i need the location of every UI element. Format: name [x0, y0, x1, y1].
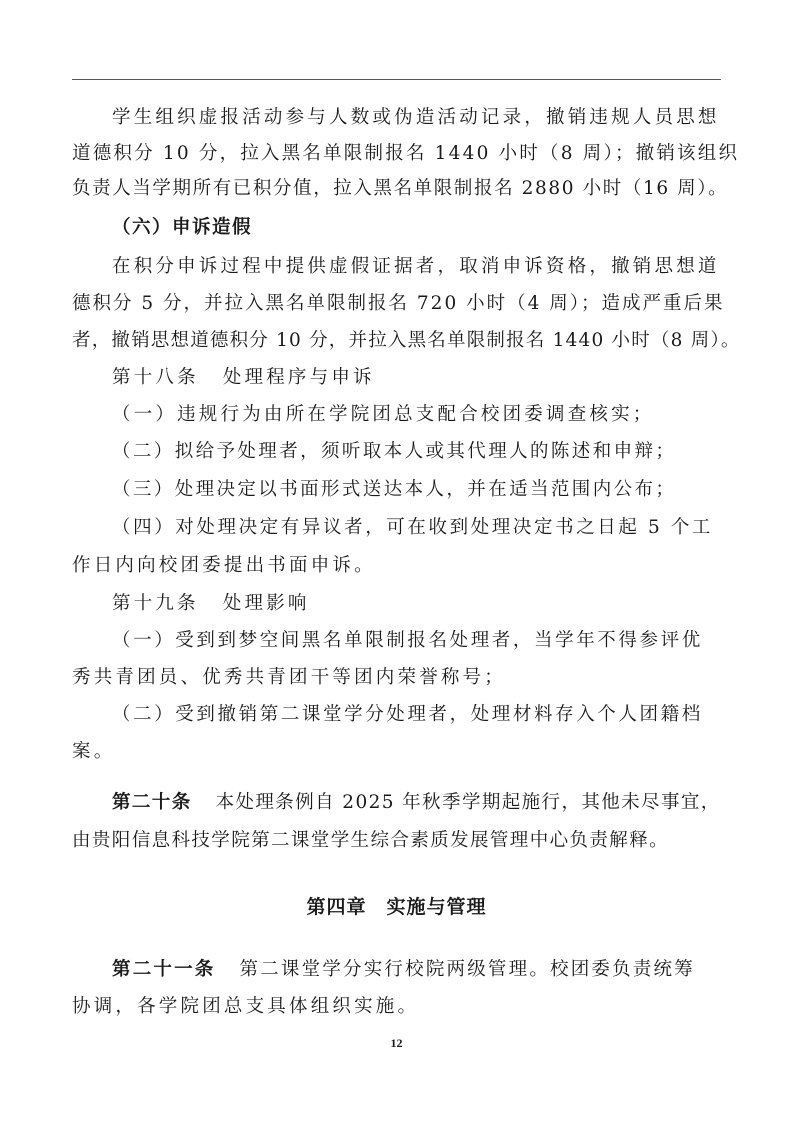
paragraph-line: 在积分申诉过程中提供虚假证据者，取消申诉资格，撤销思想道 [112, 255, 721, 279]
list-item: 案。 [72, 740, 721, 764]
article-title: 处理影响 [223, 593, 310, 614]
article-20-line: 第二十条本处理条例自 2025 年秋季学期起施行，其他未尽事宜， [112, 791, 721, 815]
page-number: 12 [0, 1036, 793, 1051]
article-label: 第二十一条 [112, 959, 216, 980]
article-text: 本处理条例自 2025 年秋季学期起施行，其他未尽事宜， [216, 792, 721, 813]
article-label: 第十八条 [112, 367, 199, 388]
list-item: 作日内向校团委提出书面申诉。 [72, 554, 721, 578]
article-title: 处理程序与申诉 [223, 367, 375, 388]
list-item: （一）受到到梦空间黑名单限制报名处理者，当学年不得参评优 [112, 629, 721, 653]
paragraph-line: 协调，各学院团总支具体组织实施。 [72, 995, 721, 1019]
paragraph-line: 负责人当学期所有已积分值，拉入黑名单限制报名 2880 小时（16 周）。 [72, 177, 721, 201]
list-item: （二）受到撤销第二课堂学分处理者，处理材料存入个人团籍档 [112, 703, 721, 727]
article-label: 第十九条 [112, 593, 199, 614]
paragraph-line: 学生组织虚报活动参与人数或伪造活动记录，撤销违规人员思想 [112, 106, 721, 130]
paragraph-line: 道德积分 10 分，拉入黑名单限制报名 1440 小时（8 周）；撤销该组织 [72, 142, 721, 166]
article-19-heading: 第十九条处理影响 [112, 592, 721, 616]
article-label: 第二十条 [112, 792, 192, 813]
article-18-heading: 第十八条处理程序与申诉 [112, 366, 721, 390]
header-rule [72, 79, 721, 80]
list-item: （四）对处理决定有异议者，可在收到处理决定书之日起 5 个工 [112, 516, 721, 540]
section-heading-six: （六）申诉造假 [112, 216, 721, 240]
paragraph-line: 德积分 5 分，并拉入黑名单限制报名 720 小时（4 周）；造成严重后果 [72, 292, 721, 316]
list-item: （一）违规行为由所在学院团总支配合校团委调查核实； [112, 403, 721, 427]
list-item: （二）拟给予处理者，须听取本人或其代理人的陈述和申辩； [112, 440, 721, 464]
article-text: 第二课堂学分实行校院两级管理。校团委负责统筹 [240, 959, 695, 980]
paragraph-line: 由贵阳信息科技学院第二课堂学生综合素质发展管理中心负责解释。 [72, 829, 721, 853]
article-21-line: 第二十一条第二课堂学分实行校院两级管理。校团委负责统筹 [112, 958, 721, 982]
list-item: 秀共青团员、优秀共青团干等团内荣誉称号； [72, 666, 721, 690]
paragraph-line: 者，撤销思想道德积分 10 分，并拉入黑名单限制报名 1440 小时（8 周）。 [72, 329, 721, 353]
chapter-title: 第四章 实施与管理 [0, 895, 793, 919]
list-item: （三）处理决定以书面形式送达本人，并在适当范围内公布； [112, 478, 721, 502]
